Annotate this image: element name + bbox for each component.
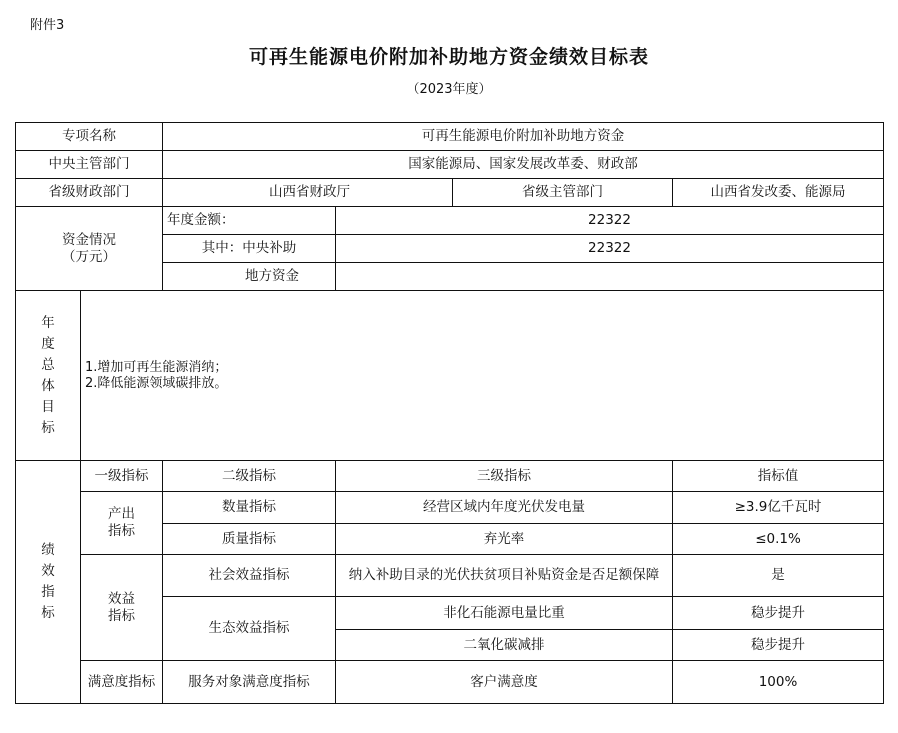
attachment-label: 附件3 (30, 14, 64, 33)
value-cell: 稳步提升 (673, 630, 884, 661)
annual-goal-content: 1.增加可再生能源消纳； 2.降低能源领域碳排放。 (81, 291, 884, 461)
table-row: 满意度指标 服务对象满意度指标 客户满意度 100% (16, 661, 884, 704)
benefit-indicator-label: 效益指标 (81, 555, 163, 661)
annual-goal-label-text: 年度总体目标 (41, 313, 55, 439)
table-row: 资金情况 （万元） 年度金额： 22322 (16, 207, 884, 235)
value-cell: ≤0.1% (673, 524, 884, 555)
level3-cell: 非化石能源电量比重 (336, 597, 673, 630)
central-dept-value: 国家能源局、国家发展改革委、财政部 (163, 151, 884, 179)
table-row: 绩效指标 一级指标 二级指标 三级指标 指标值 (16, 461, 884, 492)
local-funds-value (336, 263, 884, 291)
annual-amount-value: 22322 (336, 207, 884, 235)
header-level2: 二级指标 (163, 461, 336, 492)
page-subtitle: （2023年度） (0, 78, 898, 97)
project-name-label: 专项名称 (16, 123, 163, 151)
table-row: 省级财政部门 山西省财政厅 省级主管部门 山西省发改委、能源局 (16, 179, 884, 207)
prov-finance-label: 省级财政部门 (16, 179, 163, 207)
level2-cell: 社会效益指标 (163, 555, 336, 597)
goal-line-1: 1.增加可再生能源消纳； (85, 360, 879, 376)
performance-target-table: 专项名称 可再生能源电价附加补助地方资金 中央主管部门 国家能源局、国家发展改革… (15, 122, 884, 704)
prov-dept-value: 山西省发改委、能源局 (673, 179, 884, 207)
level2-cell: 生态效益指标 (163, 597, 336, 661)
prov-finance-cell: 山西省财政厅 省级主管部门 (163, 179, 673, 207)
table-row: 中央主管部门 国家能源局、国家发展改革委、财政部 (16, 151, 884, 179)
header-level1: 一级指标 (81, 461, 163, 492)
central-dept-label: 中央主管部门 (16, 151, 163, 179)
table-row: 效益指标 社会效益指标 纳入补助目录的光伏扶贫项目补贴资金是否足额保障 是 (16, 555, 884, 597)
output-indicator-label: 产出指标 (81, 492, 163, 555)
level2-cell: 质量指标 (163, 524, 336, 555)
output-indicator-text: 产出指标 (107, 506, 137, 540)
level2-cell: 数量指标 (163, 492, 336, 524)
indicators-label-text: 绩效指标 (41, 540, 55, 624)
project-name-value: 可再生能源电价附加补助地方资金 (163, 123, 884, 151)
goal-line-2: 2.降低能源领域碳排放。 (85, 376, 879, 392)
table-row: 产出指标 数量指标 经营区域内年度光伏发电量 ≥3.9亿千瓦时 (16, 492, 884, 524)
satisfaction-indicator-label: 满意度指标 (81, 661, 163, 704)
value-cell: 稳步提升 (673, 597, 884, 630)
header-value: 指标值 (673, 461, 884, 492)
value-cell: 100% (673, 661, 884, 704)
prov-dept-label: 省级主管部门 (452, 179, 672, 206)
funds-label-line1: 资金情况 (20, 232, 158, 249)
annual-amount-label: 年度金额： (163, 207, 336, 235)
benefit-indicator-text: 效益指标 (107, 591, 137, 625)
level3-cell: 弃光率 (336, 524, 673, 555)
page-title: 可再生能源电价附加补助地方资金绩效目标表 (0, 42, 898, 69)
level2-cell: 服务对象满意度指标 (163, 661, 336, 704)
level3-cell: 二氧化碳减排 (336, 630, 673, 661)
value-cell: 是 (673, 555, 884, 597)
header-level3: 三级指标 (336, 461, 673, 492)
central-subsidy-value: 22322 (336, 235, 884, 263)
funds-label-line2: （万元） (20, 249, 158, 266)
table-row: 年度总体目标 1.增加可再生能源消纳； 2.降低能源领域碳排放。 (16, 291, 884, 461)
value-cell: ≥3.9亿千瓦时 (673, 492, 884, 524)
level3-cell: 经营区域内年度光伏发电量 (336, 492, 673, 524)
indicators-label: 绩效指标 (16, 461, 81, 704)
table-row: 专项名称 可再生能源电价附加补助地方资金 (16, 123, 884, 151)
funds-label: 资金情况 （万元） (16, 207, 163, 291)
central-subsidy-label: 其中：中央补助 (163, 235, 336, 263)
local-funds-label: 地方资金 (163, 263, 336, 291)
prov-finance-value: 山西省财政厅 (167, 184, 452, 201)
annual-goal-label: 年度总体目标 (16, 291, 81, 461)
level3-cell: 纳入补助目录的光伏扶贫项目补贴资金是否足额保障 (336, 555, 673, 597)
level3-cell: 客户满意度 (336, 661, 673, 704)
